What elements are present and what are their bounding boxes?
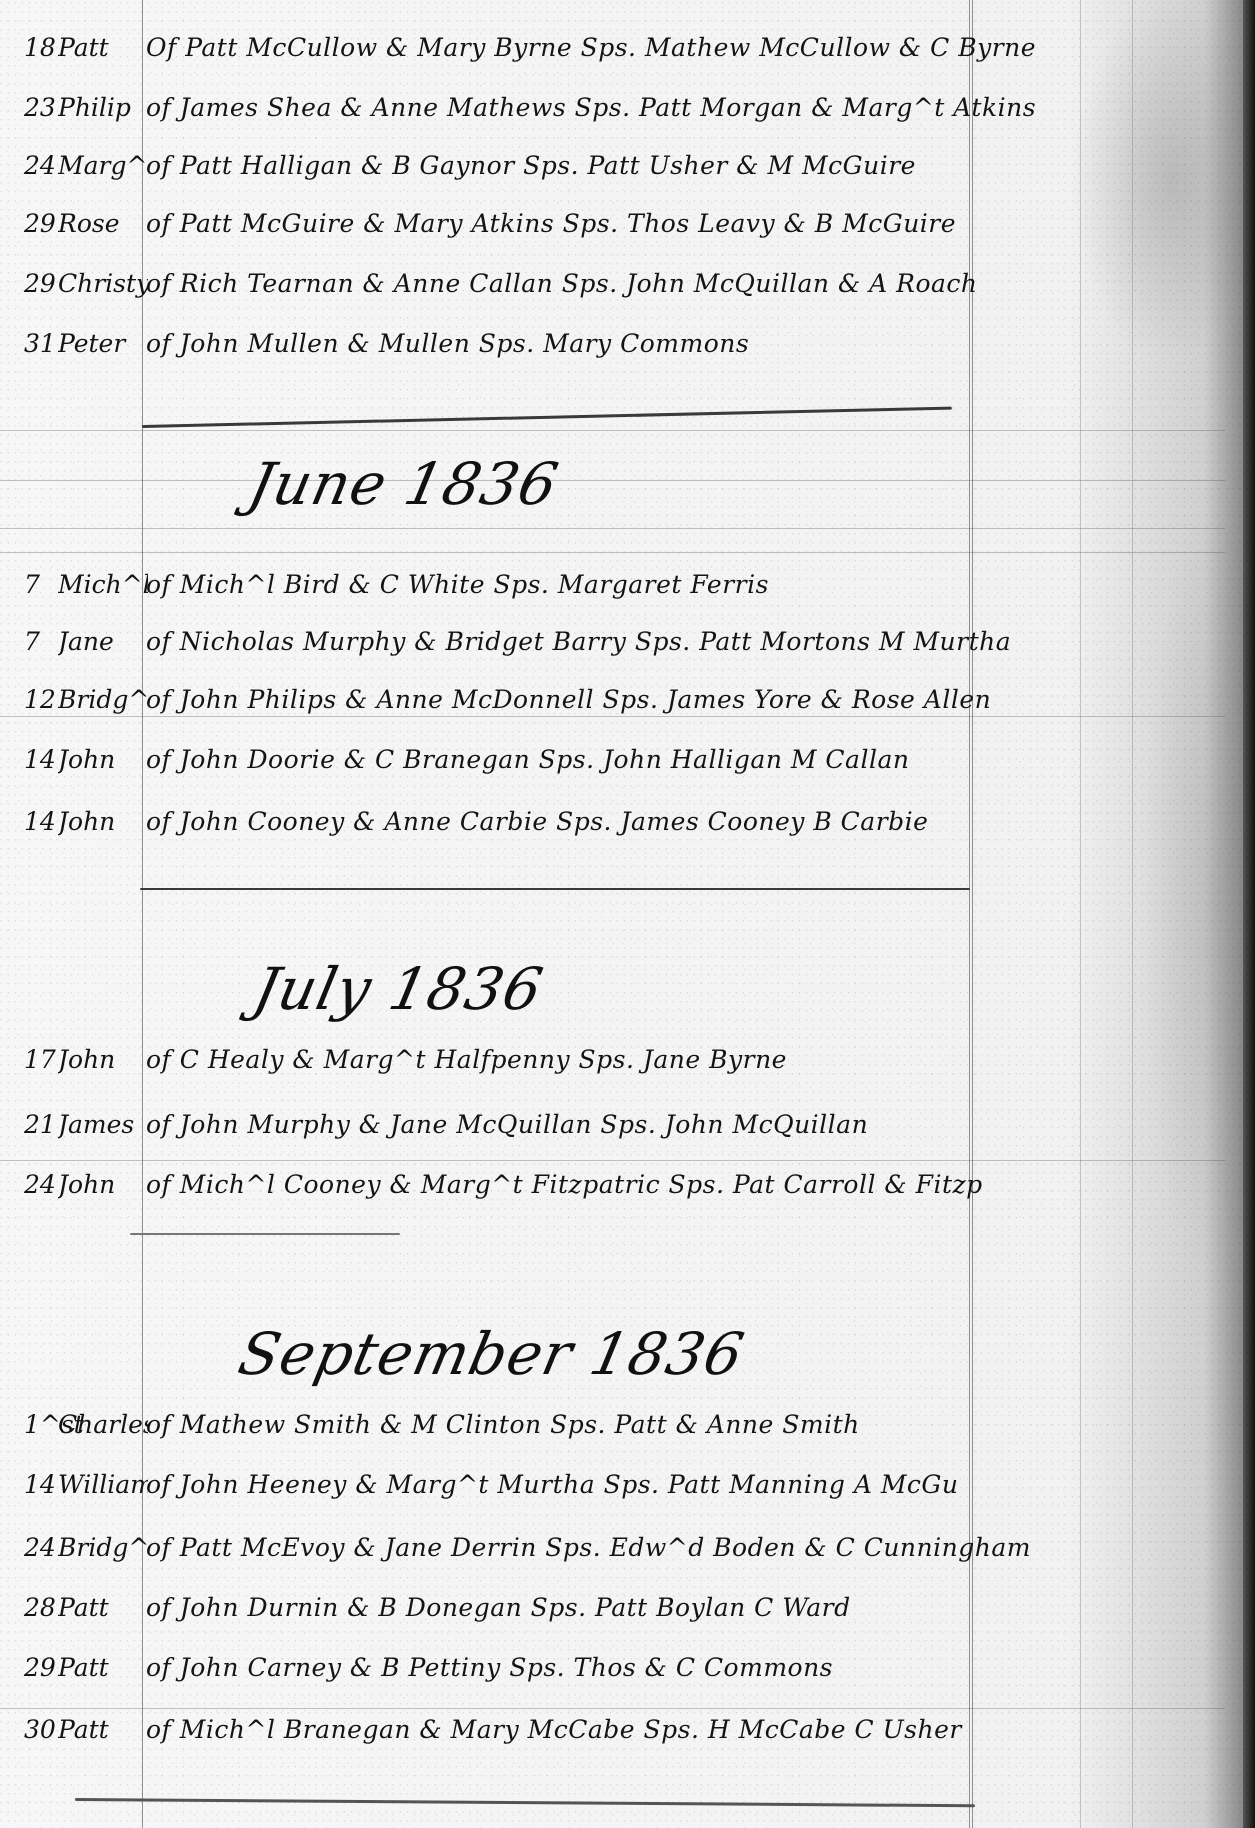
page-binding-edge	[1243, 0, 1255, 1828]
ruled-line	[0, 552, 1225, 553]
ruled-line	[0, 528, 1225, 529]
entry-detail: of C Healy & Marg^t Halfpenny Sps. Jane …	[146, 1030, 1231, 1090]
register-entry: 24 Marg^t of Patt Halligan & B Gaynor Sp…	[0, 136, 1230, 196]
entry-name: Patt	[58, 1700, 148, 1760]
entry-day: 29	[24, 254, 58, 314]
register-entry: 21 James of John Murphy & Jane McQuillan…	[0, 1095, 1230, 1155]
entry-day: 28	[24, 1578, 58, 1638]
entry-day: 23	[24, 78, 58, 138]
entry-detail: of John Murphy & Jane McQuillan Sps. Joh…	[146, 1095, 1231, 1155]
entry-detail: of Rich Tearnan & Anne Callan Sps. John …	[146, 254, 1231, 314]
entry-detail: of James Shea & Anne Mathews Sps. Patt M…	[146, 78, 1231, 138]
month-heading: July 1836	[248, 955, 549, 1023]
entry-name: Philip	[58, 78, 148, 138]
month-heading: June 1836	[243, 450, 565, 518]
entry-day: 7	[24, 612, 58, 672]
entry-detail: of John Philips & Anne McDonnell Sps. Ja…	[146, 670, 1231, 730]
entry-day: 29	[24, 194, 58, 254]
register-entry: 28 Patt of John Durnin & B Donegan Sps. …	[0, 1578, 1230, 1638]
ruled-line	[0, 430, 1225, 431]
entry-detail: of John Carney & B Pettiny Sps. Thos & C…	[146, 1638, 1231, 1698]
register-entry: 14 John of John Cooney & Anne Carbie Sps…	[0, 792, 1230, 852]
section-divider-stroke	[130, 1233, 400, 1235]
entry-name: Charles	[58, 1395, 148, 1455]
register-entry: 14 William of John Heeney & Marg^t Murth…	[0, 1455, 1230, 1515]
register-entry: 29 Christy of Rich Tearnan & Anne Callan…	[0, 254, 1230, 314]
entry-detail: of Patt Halligan & B Gaynor Sps. Patt Us…	[146, 136, 1231, 196]
entry-detail: of Mathew Smith & M Clinton Sps. Patt & …	[146, 1395, 1231, 1455]
entry-detail: Of Patt McCullow & Mary Byrne Sps. Mathe…	[146, 18, 1231, 78]
entry-name: Bridg^t	[58, 1518, 148, 1578]
entry-name: Bridg^t	[58, 670, 148, 730]
entry-day: 7	[24, 555, 58, 615]
entry-name: Christy	[58, 254, 148, 314]
entry-detail: of Mich^l Branegan & Mary McCabe Sps. H …	[146, 1700, 1231, 1760]
ruled-line	[0, 480, 1225, 481]
register-entry: 1^st Charles of Mathew Smith & M Clinton…	[0, 1395, 1230, 1455]
entry-detail: of John Mullen & Mullen Sps. Mary Common…	[146, 314, 1231, 374]
entry-detail: of John Doorie & C Branegan Sps. John Ha…	[146, 730, 1231, 790]
entry-detail: of Mich^l Cooney & Marg^t Fitzpatric Sps…	[146, 1155, 1231, 1215]
entry-day: 30	[24, 1700, 58, 1760]
entry-detail: of Patt McEvoy & Jane Derrin Sps. Edw^d …	[146, 1518, 1231, 1578]
entry-day: 14	[24, 792, 58, 852]
entry-name: William	[58, 1455, 148, 1515]
entry-detail: of Mich^l Bird & C White Sps. Margaret F…	[146, 555, 1231, 615]
register-page: 18 Patt Of Patt McCullow & Mary Byrne Sp…	[0, 0, 1255, 1828]
entry-day: 17	[24, 1030, 58, 1090]
register-entry: 29 Rose of Patt McGuire & Mary Atkins Sp…	[0, 194, 1230, 254]
register-entry: 30 Patt of Mich^l Branegan & Mary McCabe…	[0, 1700, 1230, 1760]
entry-name: James	[58, 1095, 148, 1155]
entry-day: 21	[24, 1095, 58, 1155]
entry-detail: of Patt McGuire & Mary Atkins Sps. Thos …	[146, 194, 1231, 254]
entry-name: John	[58, 1030, 148, 1090]
register-entry: 14 John of John Doorie & C Branegan Sps.…	[0, 730, 1230, 790]
register-entry: 7 Jane of Nicholas Murphy & Bridget Barr…	[0, 612, 1230, 672]
register-entry: 18 Patt Of Patt McCullow & Mary Byrne Sp…	[0, 18, 1230, 78]
register-entry: 12 Bridg^t of John Philips & Anne McDonn…	[0, 670, 1230, 730]
entry-day: 1^st	[24, 1395, 58, 1455]
entry-detail: of John Durnin & B Donegan Sps. Patt Boy…	[146, 1578, 1231, 1638]
register-entry: 29 Patt of John Carney & B Pettiny Sps. …	[0, 1638, 1230, 1698]
entry-day: 14	[24, 1455, 58, 1515]
entry-day: 24	[24, 1155, 58, 1215]
entry-name: Jane	[58, 612, 148, 672]
entry-name: Mich^l	[58, 555, 148, 615]
entry-detail: of John Cooney & Anne Carbie Sps. James …	[146, 792, 1231, 852]
register-entry: 17 John of C Healy & Marg^t Halfpenny Sp…	[0, 1030, 1230, 1090]
month-heading: September 1836	[233, 1320, 751, 1388]
entry-name: Patt	[58, 18, 148, 78]
entry-name: Patt	[58, 1638, 148, 1698]
entry-day: 24	[24, 136, 58, 196]
entry-name: Rose	[58, 194, 148, 254]
entry-name: Marg^t	[58, 136, 148, 196]
entry-day: 12	[24, 670, 58, 730]
section-divider-stroke	[142, 407, 952, 428]
register-entry: 7 Mich^l of Mich^l Bird & C White Sps. M…	[0, 555, 1230, 615]
entry-day: 24	[24, 1518, 58, 1578]
entry-day: 18	[24, 18, 58, 78]
register-entry: 24 John of Mich^l Cooney & Marg^t Fitzpa…	[0, 1155, 1230, 1215]
entry-name: John	[58, 792, 148, 852]
entry-day: 14	[24, 730, 58, 790]
section-divider-stroke	[75, 1798, 975, 1807]
section-divider-stroke	[140, 888, 970, 890]
entry-day: 31	[24, 314, 58, 374]
register-entry: 31 Peter of John Mullen & Mullen Sps. Ma…	[0, 314, 1230, 374]
entry-name: John	[58, 730, 148, 790]
register-entry: 23 Philip of James Shea & Anne Mathews S…	[0, 78, 1230, 138]
entry-detail: of Nicholas Murphy & Bridget Barry Sps. …	[146, 612, 1231, 672]
entry-name: Peter	[58, 314, 148, 374]
entry-name: Patt	[58, 1578, 148, 1638]
entry-day: 29	[24, 1638, 58, 1698]
register-entry: 24 Bridg^t of Patt McEvoy & Jane Derrin …	[0, 1518, 1230, 1578]
entry-detail: of John Heeney & Marg^t Murtha Sps. Patt…	[146, 1455, 1231, 1515]
entry-name: John	[58, 1155, 148, 1215]
